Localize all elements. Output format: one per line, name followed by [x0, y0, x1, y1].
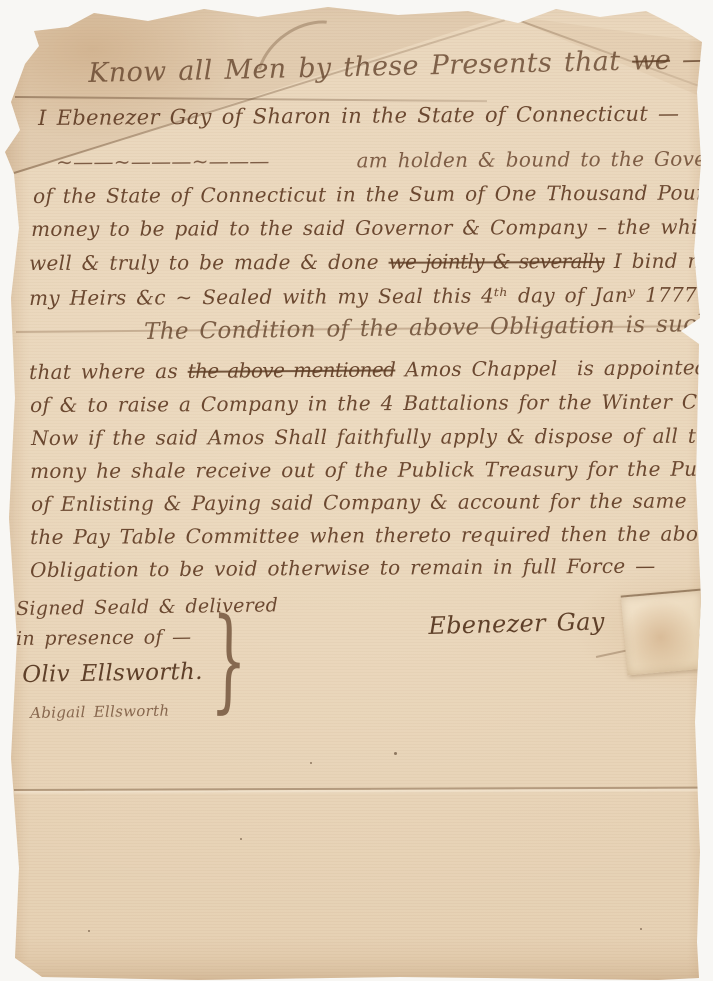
opening-struck-word: we — [632, 45, 671, 77]
manuscript-line-9: of & to raise a Company in the 4 Battali… — [30, 389, 713, 417]
fold-crease-top-horizontal — [15, 96, 487, 102]
line5-struck-phrase: we jointly & severally — [388, 249, 604, 274]
ink-speck — [310, 762, 312, 764]
manuscript-line-5: well & truly to be made & done we jointl… — [29, 248, 713, 275]
manuscript-line-10: Now if the said Amos Shall faithfully ap… — [31, 424, 713, 450]
ink-speck — [640, 928, 642, 930]
scanned-document: Know all Men by these Presents that we —… — [0, 0, 713, 981]
opening-dash: — — [670, 44, 710, 76]
line8-text: that where as — [29, 359, 188, 384]
ink-speck — [394, 752, 397, 755]
manuscript-line-13: the Pay Table Committee when thereto req… — [30, 521, 713, 549]
attestation-line-2: in presence of — — [16, 626, 192, 651]
manuscript-opening-line: Know all Men by these Presents that we — — [88, 44, 710, 90]
manuscript-line-6: my Heirs &c ~ Sealed with my Seal this 4… — [29, 282, 713, 310]
principal-signature: Ebenezer Gay — [428, 607, 605, 640]
manuscript-line-12: of Enlisting & Paying said Company & acc… — [31, 488, 713, 516]
opening-text: Know all Men by these Presents that — [88, 46, 633, 89]
manuscript-line-1: I Ebenezer Gay of Sharon in the State of… — [38, 102, 679, 132]
manuscript-line-11: mony he shale receive out of the Publick… — [30, 456, 713, 483]
line5-text: well & truly to be made & done — [29, 250, 389, 275]
wafer-seal-remnant — [621, 589, 708, 676]
manuscript-line-3: of the State of Connecticut in the Sum o… — [33, 180, 713, 208]
manuscript-line-8: that where as the above mentioned Amos C… — [29, 355, 713, 384]
line8-text-cont: Amos Chappel is appointed Capᵗ. — [395, 355, 713, 382]
witness-signature-abigail: Abigail Ellsworth — [30, 702, 170, 722]
ink-speck — [240, 838, 242, 840]
witness-brace: } — [210, 612, 247, 710]
fold-crease-lower — [14, 787, 698, 791]
witness-signature-oliver: Oliv Ellsworth. — [22, 659, 203, 690]
ink-speck — [88, 930, 90, 932]
manuscript-line-4: money to be paid to the said Governor & … — [31, 214, 713, 241]
paper-sheet: Know all Men by these Presents that we —… — [0, 0, 713, 981]
manuscript-condition-line: The Condition of the above Obligation is… — [144, 311, 712, 347]
line5-text-cont: I bind my self — [604, 248, 713, 273]
line8-struck-phrase: the above mentioned — [188, 357, 396, 382]
manuscript-line-14: Obligation to be void otherwise to remai… — [30, 554, 656, 582]
manuscript-line-2: ~——~———~——— am holden & bound to the Gov… — [56, 146, 713, 174]
